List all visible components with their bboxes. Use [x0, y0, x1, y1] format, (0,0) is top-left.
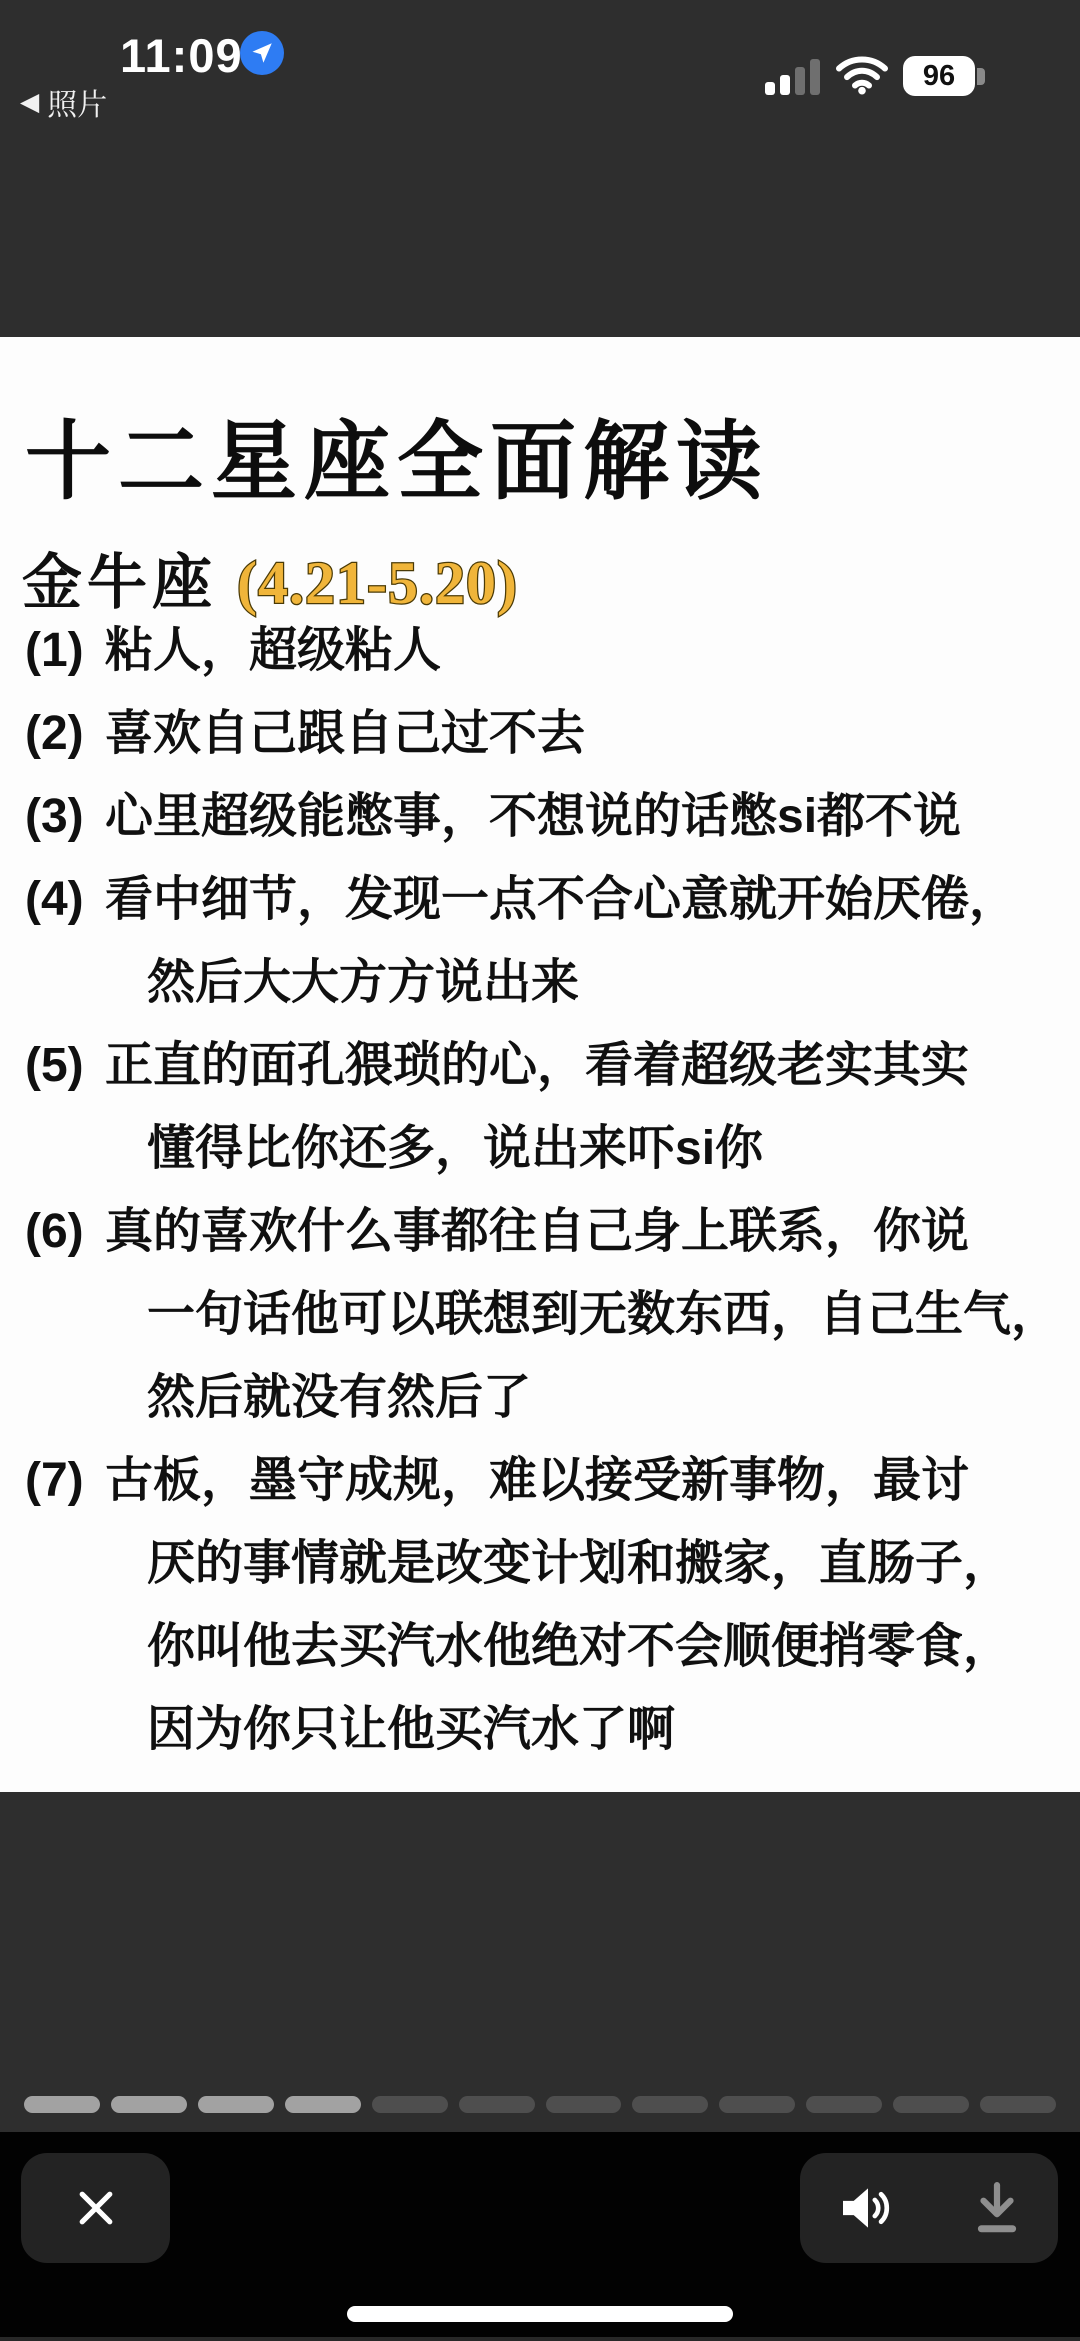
list-item-text: 心里超级能憋事，不想说的话憋si都不说	[105, 775, 1072, 858]
content-card: 十二星座全面解读 金牛座 (4.21-5.20) (1)粘人，超级粘人(2)喜欢…	[0, 337, 1080, 1792]
progress-segment[interactable]	[980, 2096, 1056, 2113]
list-item-line: 懂得比你还多，说出来吓si你	[147, 1107, 1072, 1190]
bottom-edge	[0, 2337, 1080, 2341]
close-button[interactable]	[21, 2153, 170, 2263]
battery-cap	[977, 68, 985, 85]
list-item-line: 厌的事情就是改变计划和搬家，直肠子，	[147, 1522, 1072, 1605]
list-item: (1)粘人，超级粘人	[25, 609, 1072, 692]
list-item-line: 真的喜欢什么事都往自己身上联系，你说	[105, 1190, 1072, 1273]
navigation-arrow-icon	[249, 40, 275, 66]
list-item-line: 然后大大方方说出来	[147, 941, 1072, 1024]
progress-segment[interactable]	[719, 2096, 795, 2113]
wifi-icon	[836, 55, 888, 96]
trait-list: (1)粘人，超级粘人(2)喜欢自己跟自己过不去(3)心里超级能憋事，不想说的话憋…	[25, 609, 1072, 1771]
location-indicator-icon	[240, 31, 284, 75]
progress-segment[interactable]	[111, 2096, 187, 2113]
progress-segment[interactable]	[632, 2096, 708, 2113]
list-item-line: 喜欢自己跟自己过不去	[105, 692, 1072, 775]
battery-indicator: 96	[903, 56, 985, 96]
list-item-text: 粘人，超级粘人	[105, 609, 1072, 692]
cellular-signal-icon	[765, 55, 821, 96]
player-bottom-bar	[0, 2132, 1080, 2341]
list-item-line: 一句话他可以联想到无数东西，自己生气，	[147, 1273, 1072, 1356]
download-icon	[972, 2181, 1022, 2235]
list-item-number: (2)	[25, 692, 105, 775]
list-item-text: 真的喜欢什么事都往自己身上联系，你说一句话他可以联想到无数东西，自己生气，然后就…	[105, 1190, 1072, 1439]
home-indicator[interactable]	[347, 2306, 733, 2322]
list-item-number: (6)	[25, 1190, 105, 1439]
progress-segment[interactable]	[24, 2096, 100, 2113]
speaker-icon	[837, 2183, 899, 2233]
media-controls-pill	[800, 2153, 1058, 2263]
list-item-line: 正直的面孔猥琐的心，看着超级老实其实	[105, 1024, 1072, 1107]
list-item-text: 看中细节，发现一点不合心意就开始厌倦，然后大大方方说出来	[105, 858, 1072, 1024]
list-item: (6)真的喜欢什么事都往自己身上联系，你说一句话他可以联想到无数东西，自己生气，…	[25, 1190, 1072, 1439]
volume-button[interactable]	[837, 2183, 899, 2233]
list-item-line: 粘人，超级粘人	[105, 609, 1072, 692]
list-item-number: (5)	[25, 1024, 105, 1190]
back-label: 照片	[47, 80, 107, 124]
battery-percent: 96	[923, 60, 955, 93]
list-item: (5)正直的面孔猥琐的心，看着超级老实其实懂得比你还多，说出来吓si你	[25, 1024, 1072, 1190]
progress-segment[interactable]	[459, 2096, 535, 2113]
progress-segment[interactable]	[198, 2096, 274, 2113]
page-title: 十二星座全面解读	[25, 392, 769, 516]
list-item-number: (4)	[25, 858, 105, 1024]
list-item: (7)古板，墨守成规，难以接受新事物，最讨厌的事情就是改变计划和搬家，直肠子，你…	[25, 1439, 1072, 1771]
list-item-line: 然后就没有然后了	[147, 1356, 1072, 1439]
progress-segment[interactable]	[806, 2096, 882, 2113]
list-item-text: 正直的面孔猥琐的心，看着超级老实其实懂得比你还多，说出来吓si你	[105, 1024, 1072, 1190]
progress-segment[interactable]	[285, 2096, 361, 2113]
progress-segment[interactable]	[893, 2096, 969, 2113]
list-item-number: (3)	[25, 775, 105, 858]
back-chevron-icon: ◀	[20, 90, 39, 115]
battery-icon: 96	[903, 56, 975, 96]
list-item-text: 喜欢自己跟自己过不去	[105, 692, 1072, 775]
list-item-line: 因为你只让他买汽水了啊	[147, 1688, 1072, 1771]
status-right-icons: 96	[765, 52, 985, 96]
status-time: 11:09	[120, 28, 243, 83]
list-item-number: (7)	[25, 1439, 105, 1771]
progress-segment[interactable]	[546, 2096, 622, 2113]
close-icon	[73, 2185, 119, 2231]
list-item-line: 看中细节，发现一点不合心意就开始厌倦，	[105, 858, 1072, 941]
list-item: (4)看中细节，发现一点不合心意就开始厌倦，然后大大方方说出来	[25, 858, 1072, 1024]
list-item-line: 古板，墨守成规，难以接受新事物，最讨	[105, 1439, 1072, 1522]
zodiac-date-range: (4.21-5.20)	[237, 550, 518, 616]
back-to-photos-button[interactable]: ◀ 照片	[20, 80, 107, 124]
download-button[interactable]	[972, 2181, 1022, 2235]
list-item-line: 心里超级能憋事，不想说的话憋si都不说	[105, 775, 1072, 858]
progress-segment[interactable]	[372, 2096, 448, 2113]
screen: 11:09 96 ◀ 照片 十二星座全面解读	[0, 0, 1080, 2341]
list-item-number: (1)	[25, 609, 105, 692]
list-item: (3)心里超级能憋事，不想说的话憋si都不说	[25, 775, 1072, 858]
list-item-line: 你叫他去买汽水他绝对不会顺便捎零食，	[147, 1605, 1072, 1688]
list-item-text: 古板，墨守成规，难以接受新事物，最讨厌的事情就是改变计划和搬家，直肠子，你叫他去…	[105, 1439, 1072, 1771]
zodiac-name: 金牛座	[22, 550, 217, 616]
progress-bar[interactable]	[24, 2096, 1056, 2113]
list-item: (2)喜欢自己跟自己过不去	[25, 692, 1072, 775]
